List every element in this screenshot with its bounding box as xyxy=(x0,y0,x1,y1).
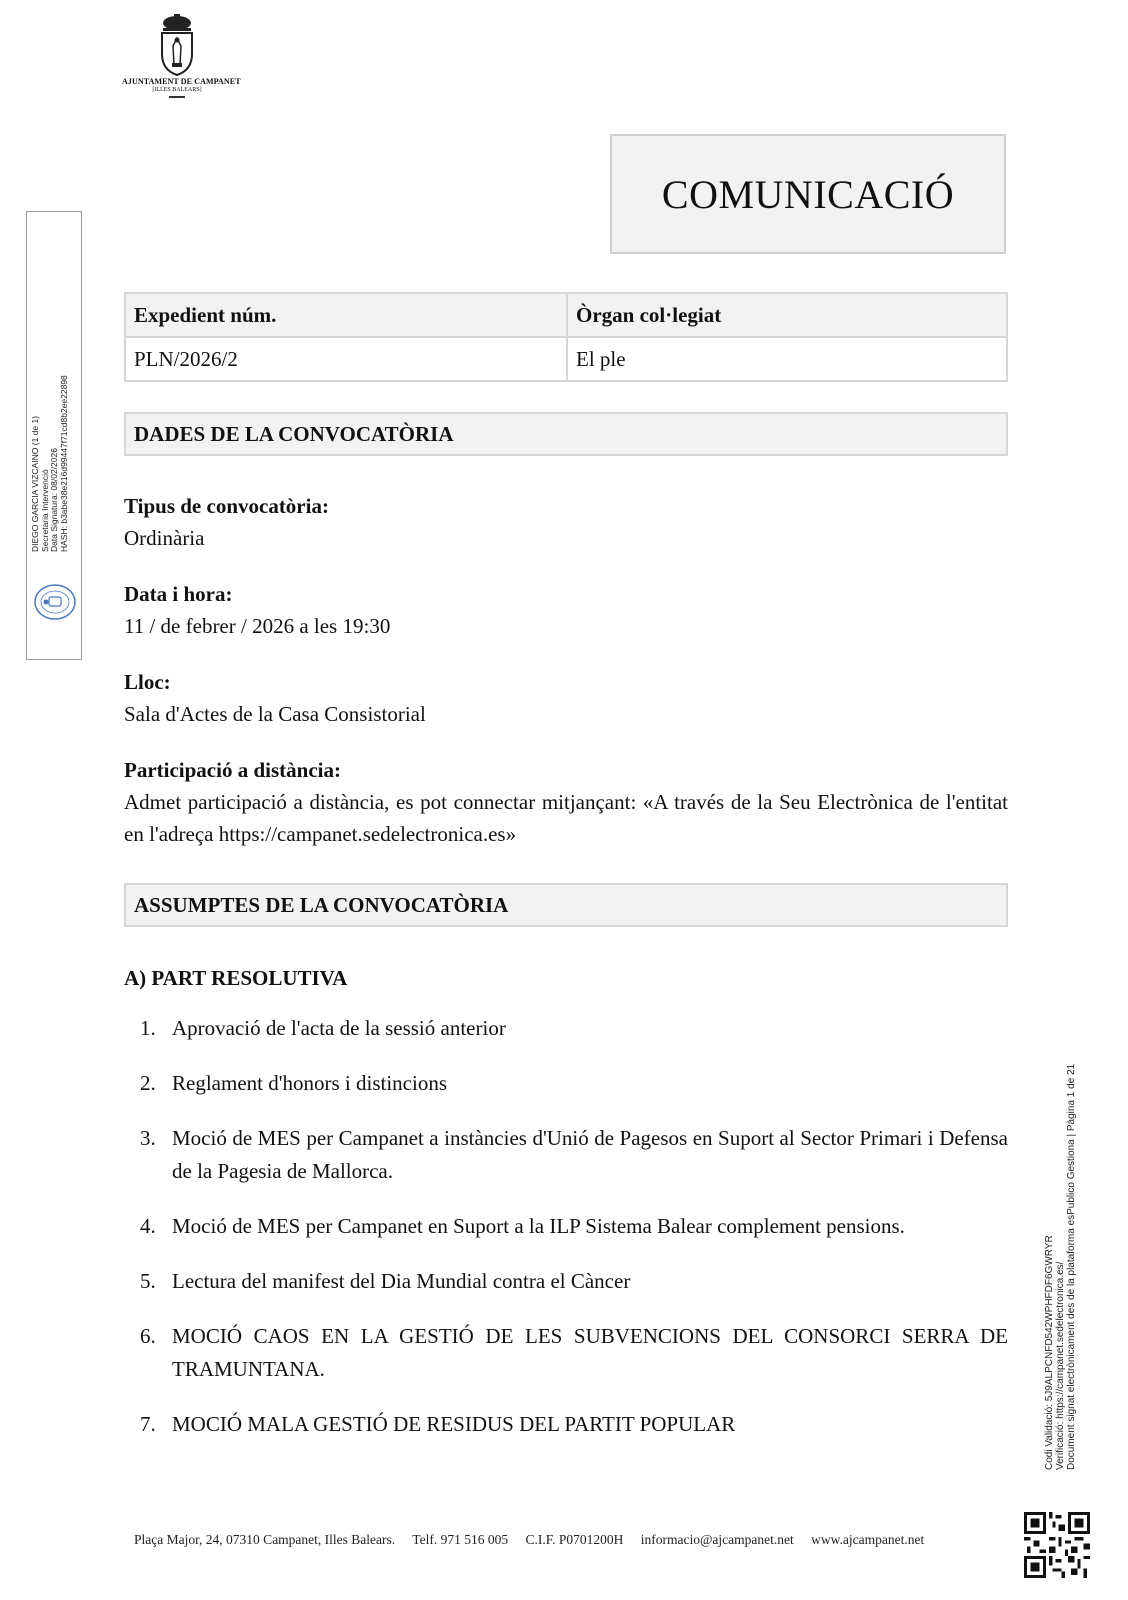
verification-url[interactable]: Verificació: https://campanet.sedelectro… xyxy=(1055,1030,1066,1470)
signature-details: DIEGO GARCIA VIZCAINO (1 de 1) Secretari… xyxy=(31,352,69,552)
list-item: 5.Lectura del manifest del Dia Mundial c… xyxy=(124,1265,1008,1298)
list-item: 1.Aprovació de l'acta de la sessió anter… xyxy=(124,1012,1008,1045)
field-value: 11 / de febrer / 2026 a les 19:30 xyxy=(124,610,1008,642)
municipal-logo: AJUNTAMENT DE CAMPANET [ILLES BALEARS] xyxy=(122,14,232,98)
footer-website[interactable]: www.ajcampanet.net xyxy=(811,1532,924,1547)
organ-header: Òrgan col·legiat xyxy=(567,293,1007,337)
field-label: Participació a distància: xyxy=(124,754,1008,786)
part-resolutiva-title: A) PART RESOLUTIVA xyxy=(124,966,347,991)
signature-strip: DIEGO GARCIA VIZCAINO (1 de 1) Secretari… xyxy=(26,211,82,660)
footer-email[interactable]: informacio@ajcampanet.net xyxy=(641,1532,794,1547)
field-value: Admet participació a distància, es pot c… xyxy=(124,786,1008,850)
org-name: AJUNTAMENT DE CAMPANET xyxy=(122,77,232,86)
list-item: 7.MOCIÓ MALA GESTIÓ DE RESIDUS DEL PARTI… xyxy=(124,1408,1008,1441)
expedient-header: Expedient núm. xyxy=(125,293,567,337)
expedient-value: PLN/2026/2 xyxy=(125,337,567,381)
list-item: 2.Reglament d'honors i distincions xyxy=(124,1067,1008,1100)
signature-hash: HASH: b3abe38e216d99447f71cd8b2ee22898 xyxy=(60,352,70,552)
table-header-row: Expedient núm. Òrgan col·legiat xyxy=(125,293,1007,337)
assumptes-section-title: ASSUMPTES DE LA CONVOCATÒRIA xyxy=(134,893,508,918)
field-label: Data i hora: xyxy=(124,578,1008,610)
field-value: Ordinària xyxy=(124,522,1008,554)
list-item: 6.MOCIÓ CAOS EN LA GESTIÓ DE LES SUBVENC… xyxy=(124,1320,1008,1386)
field-tipus: Tipus de convocatòria: Ordinària xyxy=(124,490,1008,554)
validation-code: Codi Validació: 5J9ALPCNFD542WPHFDF6GWRY… xyxy=(1044,1030,1055,1470)
assumptes-section-header: ASSUMPTES DE LA CONVOCATÒRIA xyxy=(124,883,1008,927)
field-label: Tipus de convocatòria: xyxy=(124,490,1008,522)
verification-strip: Codi Validació: 5J9ALPCNFD542WPHFDF6GWRY… xyxy=(1044,1030,1077,1470)
field-data-hora: Data i hora: 11 / de febrer / 2026 a les… xyxy=(124,578,1008,642)
document-type-title: COMUNICACIÓ xyxy=(662,171,954,218)
coat-of-arms-icon xyxy=(155,14,199,76)
qr-code-icon[interactable] xyxy=(1024,1512,1090,1578)
organ-value: El ple xyxy=(567,337,1007,381)
list-item: 3.Moció de MES per Campanet a instàncies… xyxy=(124,1122,1008,1188)
page-footer: Plaça Major, 24, 07310 Campanet, Illes B… xyxy=(134,1532,938,1548)
document-type-box: COMUNICACIÓ xyxy=(610,134,1006,254)
expedient-table: Expedient núm. Òrgan col·legiat PLN/2026… xyxy=(124,292,1008,382)
footer-cif: C.I.F. P0701200H xyxy=(525,1532,623,1547)
platform-note: Document signat electrònicament des de l… xyxy=(1066,1030,1077,1470)
official-seal-icon xyxy=(33,582,77,622)
footer-phone: Telf. 971 516 005 xyxy=(412,1532,508,1547)
field-lloc: Lloc: Sala d'Actes de la Casa Consistori… xyxy=(124,666,1008,730)
agenda-list: 1.Aprovació de l'acta de la sessió anter… xyxy=(124,1012,1008,1441)
convocatoria-section-header: DADES DE LA CONVOCATÒRIA xyxy=(124,412,1008,456)
logo-divider xyxy=(169,96,185,98)
footer-address: Plaça Major, 24, 07310 Campanet, Illes B… xyxy=(134,1532,395,1547)
convocatoria-section-title: DADES DE LA CONVOCATÒRIA xyxy=(134,422,453,447)
field-label: Lloc: xyxy=(124,666,1008,698)
field-participacio: Participació a distància: Admet particip… xyxy=(124,754,1008,850)
table-row: PLN/2026/2 El ple xyxy=(125,337,1007,381)
field-value: Sala d'Actes de la Casa Consistorial xyxy=(124,698,1008,730)
list-item: 4.Moció de MES per Campanet en Suport a … xyxy=(124,1210,1008,1243)
org-region: [ILLES BALEARS] xyxy=(122,87,232,93)
